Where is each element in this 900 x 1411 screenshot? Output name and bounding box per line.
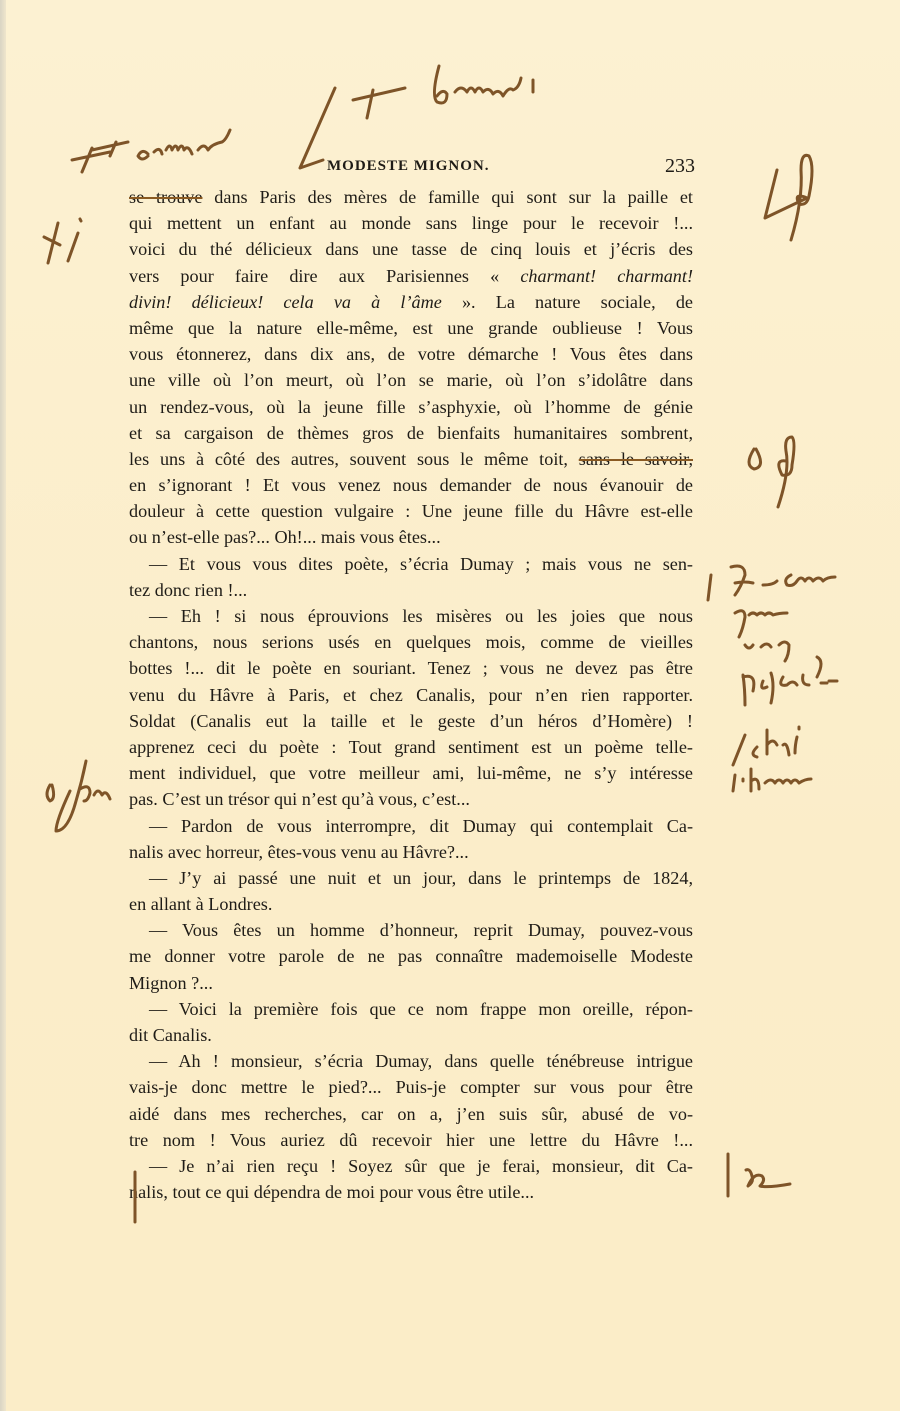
text-line: tre nom ! Vous auriez dû recevoir hier u…: [129, 1127, 693, 1153]
line-text: vais-je donc mettre le pied?... Puis-je …: [129, 1077, 693, 1097]
text-line: — Eh ! si nous éprouvions les misères ou…: [129, 603, 693, 629]
annotation-top-left: [70, 120, 270, 174]
text-line: aidé dans mes recherches, car on a, j’en…: [129, 1101, 693, 1127]
handwriting-icon: [740, 435, 820, 515]
line-text: ment individuel, que votre meilleur ami,…: [129, 763, 693, 783]
text-line: apprenez ceci du poète : Tout grand sent…: [129, 734, 693, 760]
line-text: qui mettent un enfant au monde sans ling…: [129, 213, 693, 233]
text-line: vers pour faire dire aux Parisiennes « c…: [129, 263, 693, 289]
line-text: vous étonnerez, dans dix ans, de votre d…: [129, 344, 693, 364]
line-text: tre nom ! Vous auriez dû recevoir hier u…: [129, 1130, 693, 1150]
text-line: — Et vous vous dites poète, s’écria Duma…: [129, 551, 693, 577]
text-line: en s’ignorant ! Et vous venez nous deman…: [129, 472, 693, 498]
text-line: — Ah ! monsieur, s’écria Dumay, dans que…: [129, 1048, 693, 1074]
struck-text: se trouve: [129, 187, 202, 207]
line-text: apprenez ceci du poète : Tout grand sent…: [129, 737, 693, 757]
text-line: — Je n’ai rien reçu ! Soyez sûr que je f…: [129, 1153, 693, 1179]
line-text: bottes !... dit le poète en souriant. Te…: [129, 658, 693, 678]
italic-text: charmant! charmant!: [520, 266, 693, 286]
text-line: pas. C’est un trésor qui n’est qu’à vous…: [129, 786, 693, 812]
handwriting-icon: [40, 755, 120, 835]
annotation-left-ti: [38, 215, 98, 279]
line-text: nalis, tout ce qui dépendra de moi pour …: [129, 1182, 534, 1202]
text-line: bottes !... dit le poète en souriant. Te…: [129, 655, 693, 681]
line-text: nalis avec horreur, êtes-vous venu au Hâ…: [129, 842, 469, 862]
line-text: pas. C’est un trésor qui n’est qu’à vous…: [129, 789, 470, 809]
line-text: ou n’est-elle pas?... Oh!... mais vous ê…: [129, 527, 441, 547]
line-text: tez donc rien !...: [129, 580, 247, 600]
line-text: venu du Hâvre à Paris, et chez Canalis, …: [129, 685, 693, 705]
italic-text: divin! délicieux! cela va à l’âme: [129, 292, 442, 312]
annotation-right-top: [755, 150, 835, 244]
text-line: un rendez-vous, où la jeune fille s’asph…: [129, 394, 693, 420]
text-line: divin! délicieux! cela va à l’âme ». La …: [129, 289, 693, 315]
line-text: — Voici la première fois que ce nom frap…: [149, 999, 693, 1019]
text-line: — Vous êtes un homme d’honneur, reprit D…: [129, 917, 693, 943]
page-number: 233: [665, 155, 695, 178]
line-text: en allant à Londres.: [129, 894, 272, 914]
line-text: — Vous êtes un homme d’honneur, reprit D…: [149, 920, 693, 940]
line-text: me donner votre parole de ne pas connaît…: [129, 946, 693, 966]
insertion-bracket-icon: [295, 60, 565, 180]
handwriting-icon: [720, 1150, 800, 1210]
body-text: se trouve dans Paris des mères de famill…: [129, 184, 693, 1205]
text-line: chantons, nous serions usés en quelques …: [129, 629, 693, 655]
line-text: vers pour faire dire aux Parisiennes «: [129, 266, 520, 286]
line-text: — Je n’ai rien reçu ! Soyez sûr que je f…: [149, 1156, 693, 1176]
line-text: Mignon ?...: [129, 973, 213, 993]
line-text: — Pardon de vous interrompre, dit Dumay …: [149, 816, 693, 836]
annotation-right-bottom: [720, 1150, 800, 1214]
line-text: aidé dans mes recherches, car on a, j’en…: [129, 1104, 693, 1124]
line-text: douleur à cette question vulgaire : Une …: [129, 501, 693, 521]
line-text: — Et vous vous dites poète, s’écria Duma…: [149, 554, 693, 574]
text-line: se trouve dans Paris des mères de famill…: [129, 184, 693, 210]
text-line: venu du Hâvre à Paris, et chez Canalis, …: [129, 682, 693, 708]
insertion-bracket-icon: [130, 1170, 142, 1230]
line-text: Soldat (Canalis eut la taille et le gest…: [129, 711, 693, 731]
line-text: même que la nature elle-même, est une gr…: [129, 318, 693, 338]
text-line: dit Canalis.: [129, 1022, 693, 1048]
text-line: et sa cargaison de thèmes gros de bienfa…: [129, 420, 693, 446]
annotation-right-block: [705, 555, 895, 809]
text-line: Mignon ?...: [129, 970, 693, 996]
handwriting-icon: [705, 555, 895, 805]
text-line: ment individuel, que votre meilleur ami,…: [129, 760, 693, 786]
line-text: une ville où l’on meurt, où l’on se mari…: [129, 370, 693, 390]
text-line: Soldat (Canalis eut la taille et le gest…: [129, 708, 693, 734]
text-line: en allant à Londres.: [129, 891, 693, 917]
text-line: une ville où l’on meurt, où l’on se mari…: [129, 367, 693, 393]
line-text: dit Canalis.: [129, 1025, 212, 1045]
line-text: chantons, nous serions usés en quelques …: [129, 632, 693, 652]
annotation-left-mid: [40, 755, 120, 839]
line-text: dans Paris des mères de famille qui sont…: [202, 187, 693, 207]
annotation-insert-mark: [130, 1170, 142, 1234]
line-text: voici du thé délicieux dans une tasse de…: [129, 239, 693, 259]
text-line: ou n’est-elle pas?... Oh!... mais vous ê…: [129, 524, 693, 550]
line-text: — J’y ai passé une nuit et un jour, dans…: [149, 868, 693, 888]
page-edge-shadow: [0, 0, 6, 1411]
text-line: — Pardon de vous interrompre, dit Dumay …: [129, 813, 693, 839]
text-line: tez donc rien !...: [129, 577, 693, 603]
annotation-right-mid: [740, 435, 820, 519]
text-line: les uns à côté des autres, souvent sous …: [129, 446, 693, 472]
text-line: vous étonnerez, dans dix ans, de votre d…: [129, 341, 693, 367]
text-line: nalis avec horreur, êtes-vous venu au Hâ…: [129, 839, 693, 865]
line-text: — Eh ! si nous éprouvions les misères ou…: [149, 606, 693, 626]
text-line: — Voici la première fois que ce nom frap…: [129, 996, 693, 1022]
annotation-top-center: [295, 60, 565, 184]
line-text: — Ah ! monsieur, s’écria Dumay, dans que…: [149, 1051, 693, 1071]
text-line: nalis, tout ce qui dépendra de moi pour …: [129, 1179, 693, 1205]
handwriting-icon: [38, 215, 98, 275]
line-text: un rendez-vous, où la jeune fille s’asph…: [129, 397, 693, 417]
text-line: me donner votre parole de ne pas connaît…: [129, 943, 693, 969]
line-text: ». La nature sociale, de: [442, 292, 693, 312]
text-line: même que la nature elle-même, est une gr…: [129, 315, 693, 341]
handwriting-icon: [755, 150, 835, 240]
text-line: qui mettent un enfant au monde sans ling…: [129, 210, 693, 236]
book-page: MODESTE MIGNON. 233 se trouve dans Paris…: [0, 0, 900, 1411]
struck-text: sans le savoir,: [579, 449, 693, 469]
text-line: — J’y ai passé une nuit et un jour, dans…: [129, 865, 693, 891]
text-line: vais-je donc mettre le pied?... Puis-je …: [129, 1074, 693, 1100]
text-line: douleur à cette question vulgaire : Une …: [129, 498, 693, 524]
line-text: les uns à côté des autres, souvent sous …: [129, 449, 579, 469]
handwriting-icon: [70, 120, 270, 170]
line-text: et sa cargaison de thèmes gros de bienfa…: [129, 423, 693, 443]
line-text: en s’ignorant ! Et vous venez nous deman…: [129, 475, 693, 495]
text-line: voici du thé délicieux dans une tasse de…: [129, 236, 693, 262]
